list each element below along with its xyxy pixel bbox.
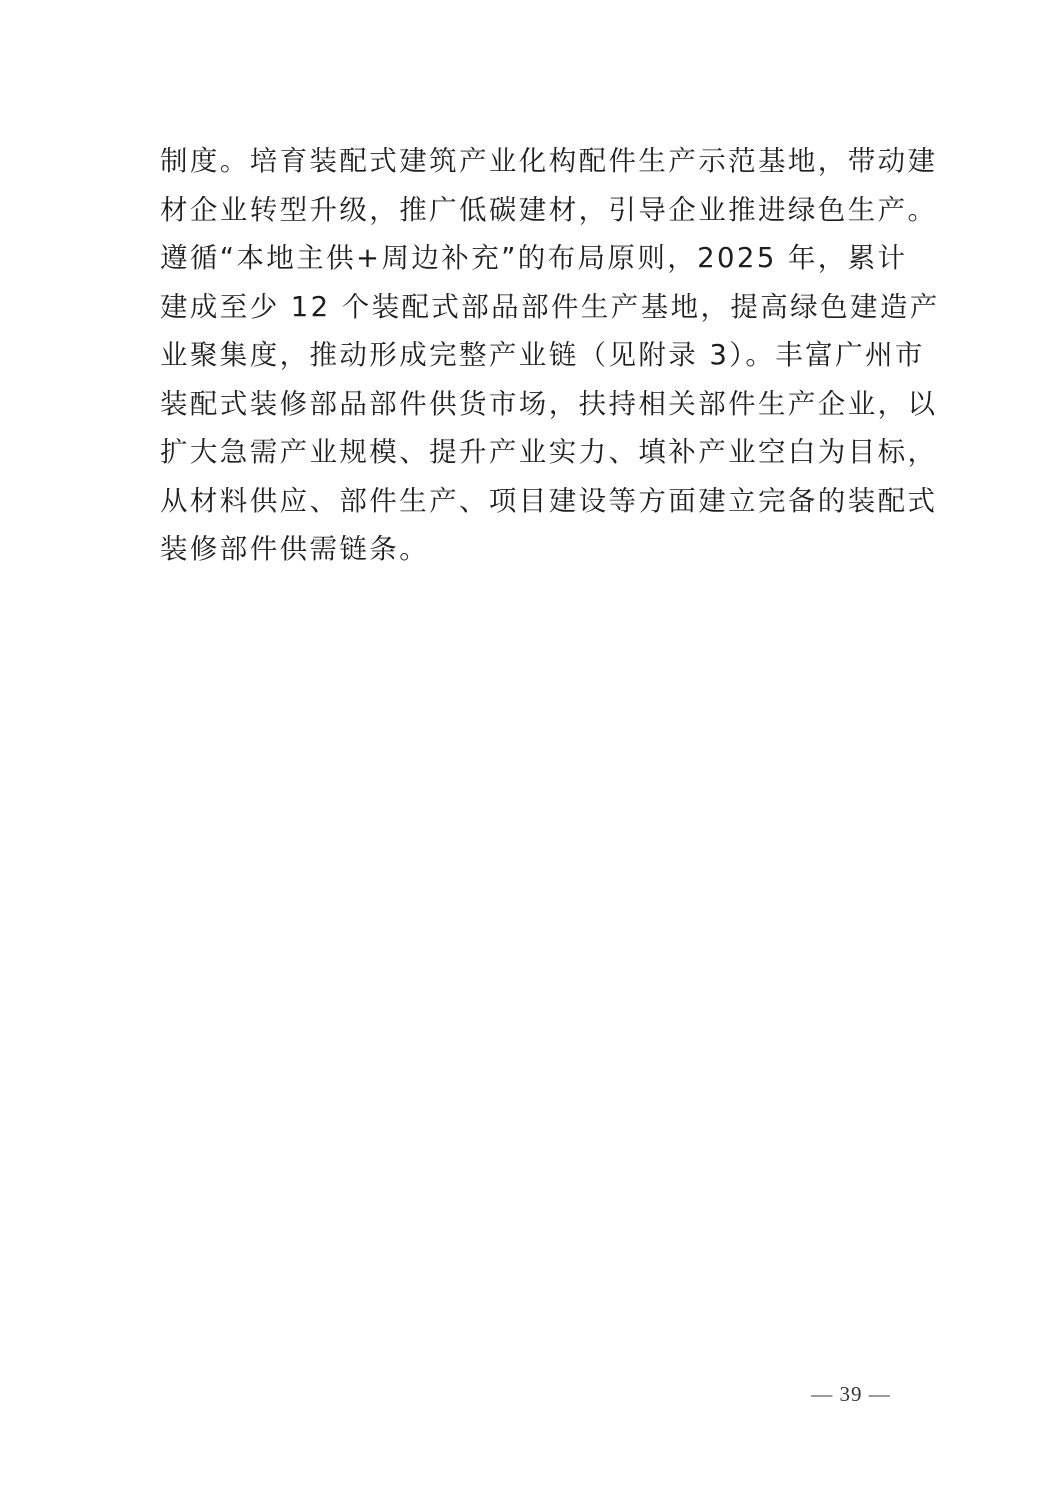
paragraph-line-5: 业聚集度，推动形成完整产业链（见附录 3）。丰富广州市 bbox=[160, 331, 892, 380]
paragraph-line-7: 扩大急需产业规模、提升产业实力、填补产业空白为目标， bbox=[160, 428, 892, 477]
document-page: 制度。培育装配式建筑产业化构配件生产示范基地，带动建 材企业转型升级，推广低碳建… bbox=[0, 0, 1050, 1485]
paragraph-line-8: 从材料供应、部件生产、项目建设等方面建立完备的装配式 bbox=[160, 477, 892, 526]
body-paragraph: 制度。培育装配式建筑产业化构配件生产示范基地，带动建 材企业转型升级，推广低碳建… bbox=[160, 137, 892, 574]
paragraph-line-3: 遵循“本地主供+周边补充”的布局原则，2025 年，累计 bbox=[160, 234, 892, 283]
paragraph-line-1: 制度。培育装配式建筑产业化构配件生产示范基地，带动建 bbox=[160, 137, 892, 186]
paragraph-line-4: 建成至少 12 个装配式部品部件生产基地，提高绿色建造产 bbox=[160, 283, 892, 332]
paragraph-line-9: 装修部件供需链条。 bbox=[160, 525, 892, 574]
page-number: — 39 — bbox=[806, 1382, 896, 1407]
paragraph-line-6: 装配式装修部品部件供货市场，扶持相关部件生产企业，以 bbox=[160, 380, 892, 429]
paragraph-line-2: 材企业转型升级，推广低碳建材，引导企业推进绿色生产。 bbox=[160, 186, 892, 235]
